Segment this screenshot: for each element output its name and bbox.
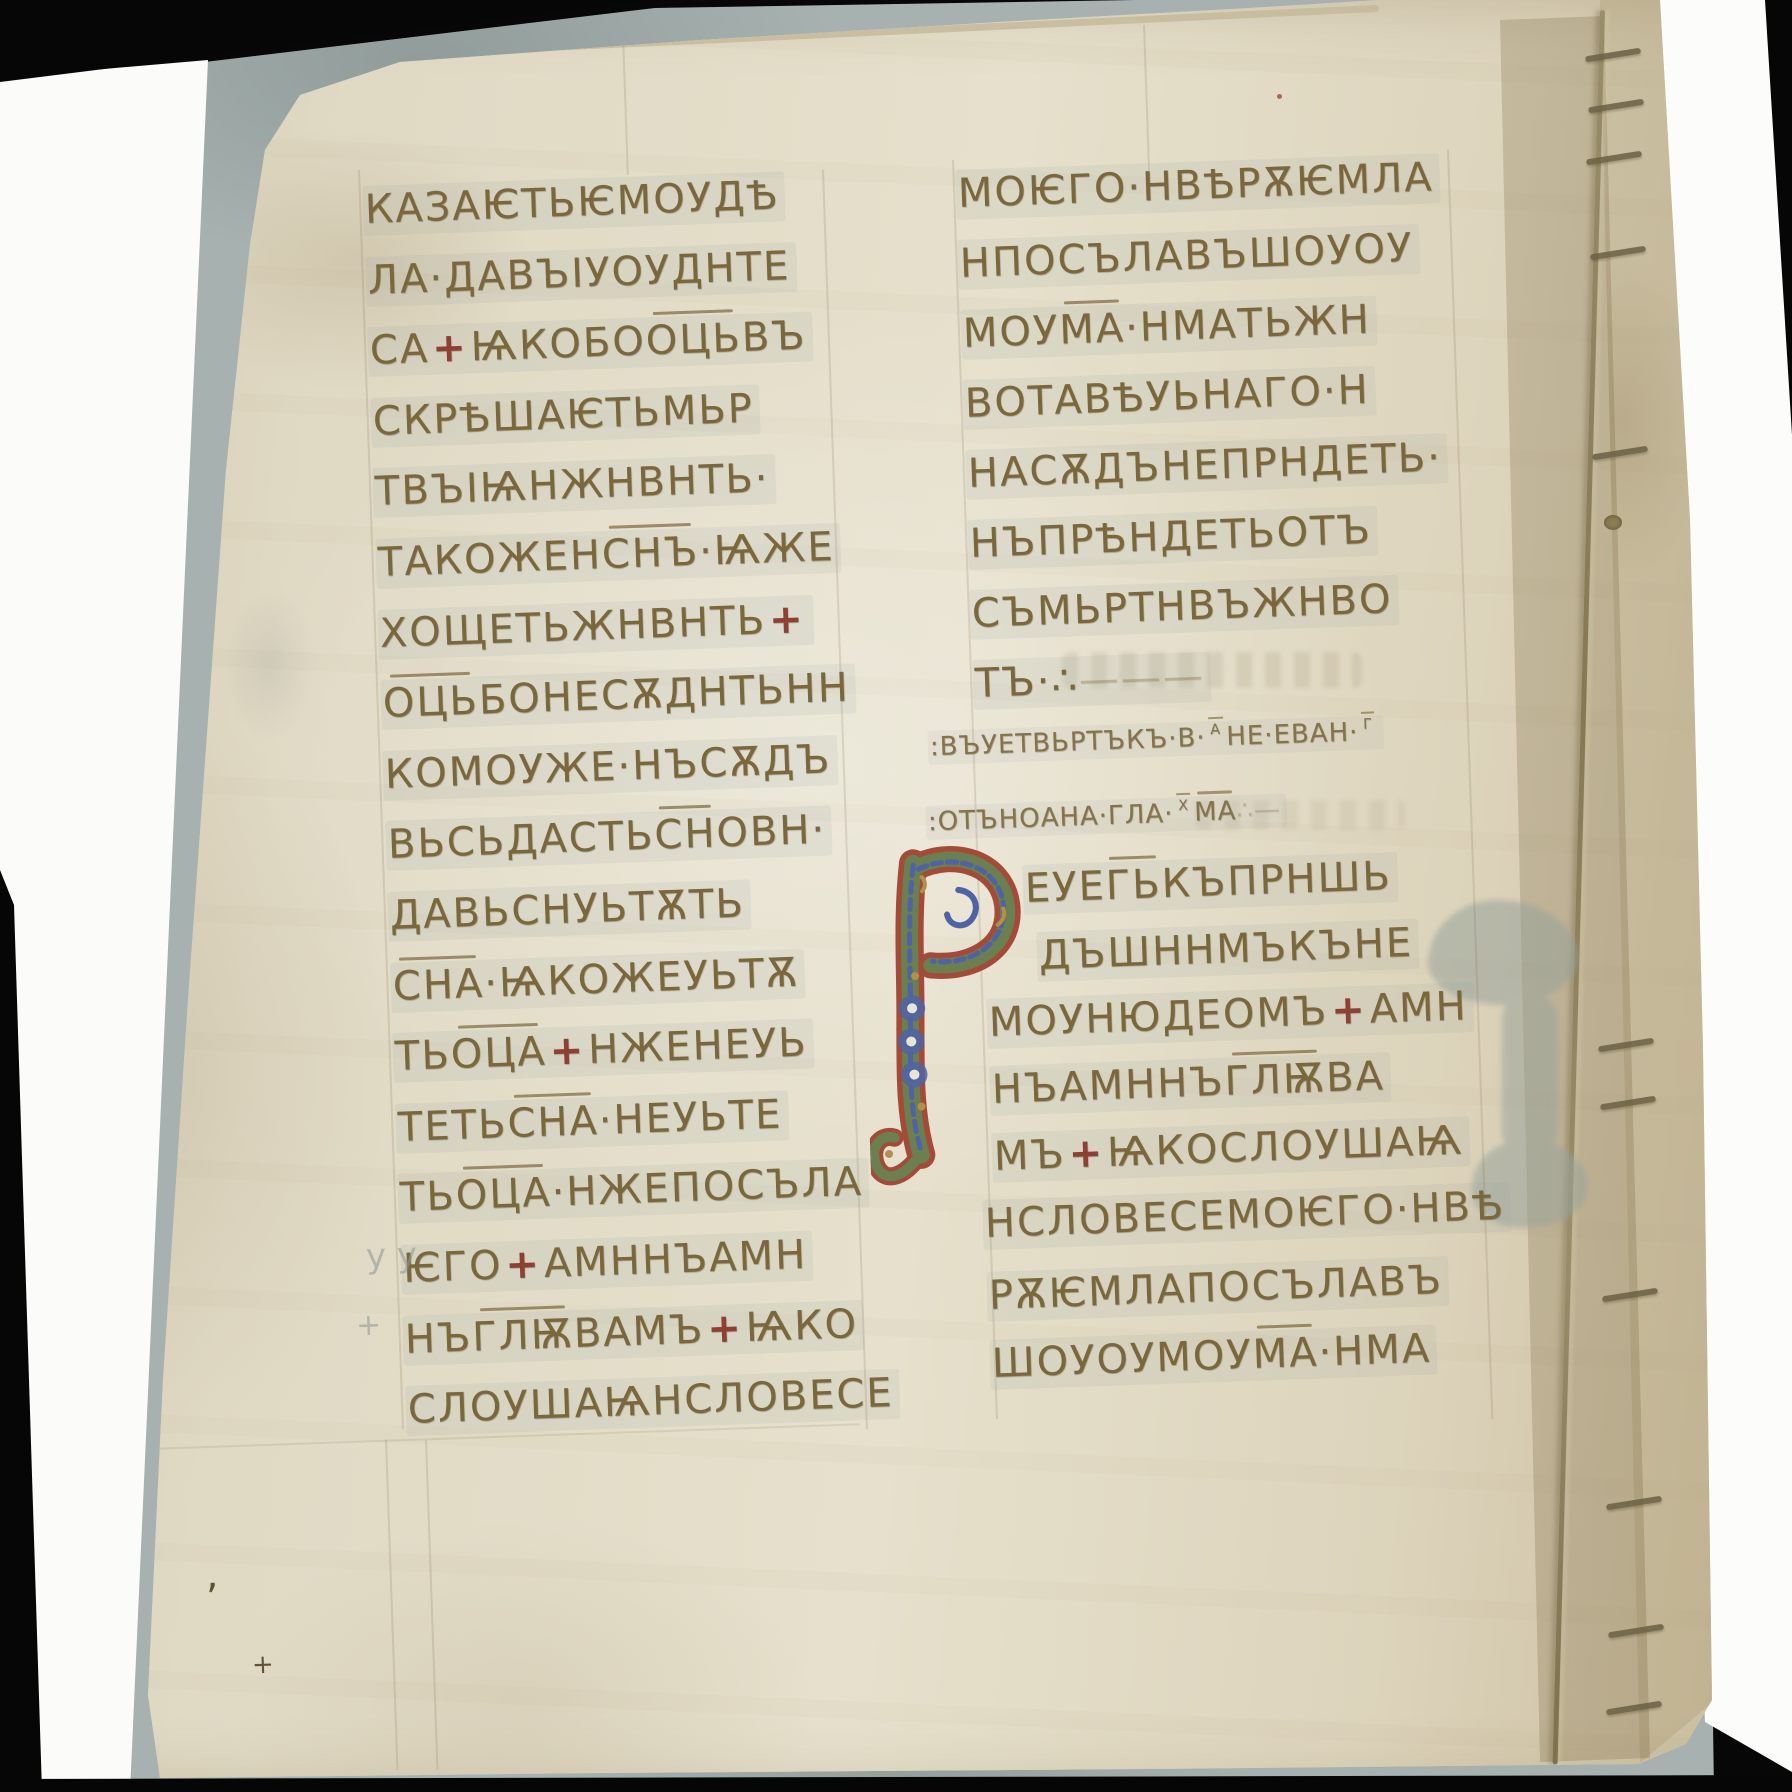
text-segment: МА	[1058, 305, 1125, 353]
text-segment: ШОУОУМОУ	[991, 1332, 1253, 1387]
text-segment: +	[1065, 1130, 1108, 1177]
text-segment: ∴—	[1236, 795, 1282, 827]
text-segment: ·НМАТЬЖН	[1124, 297, 1371, 352]
text-segment: А	[1210, 722, 1221, 738]
text-segment: СНА	[392, 960, 485, 1009]
manuscript-photo: КАЗАѤТЬѤМОУДѢЛА·ДАВЪІУОУДНТЕСА+ѨКОБООЦЬВ…	[0, 0, 1792, 1792]
text-segment: АМННЪАМН	[543, 1232, 808, 1287]
text-segment: +	[765, 596, 808, 643]
text-segment: ОЦА	[450, 1029, 547, 1078]
text-segment: ВЬСЬДАСТЬ	[387, 813, 655, 868]
text-segment: :ВЪУЕТВЬРТЪКЪ·В·	[929, 723, 1206, 763]
text-segment: МА	[1252, 1330, 1319, 1378]
text-segment: НЖЕНЕУЬ	[587, 1020, 808, 1074]
right-column-upper-line-8: ТЪ·∴———	[972, 652, 1212, 710]
text-segment: НЪ	[404, 1314, 473, 1362]
text-segment: ·НМА	[1318, 1326, 1432, 1376]
text-segment: ОЦЬ	[382, 678, 480, 727]
margin-mark-4: +	[355, 1308, 381, 1344]
text-segment: ТЬ	[394, 1032, 451, 1080]
text-segment: ѨКОБО	[470, 318, 647, 370]
text-segment: +	[1327, 987, 1370, 1034]
text-segment: ОЦА	[455, 1170, 552, 1219]
text-segment: НЪАМННЪ	[991, 1059, 1225, 1113]
text-segment: ВАМЪ	[573, 1306, 705, 1357]
text-segment: ГЛѬ	[472, 1311, 575, 1361]
text-segment: +	[428, 325, 471, 372]
text-segment: ОЦЬ	[645, 315, 743, 364]
text-segment: ТЪ·∴	[974, 657, 1079, 707]
text-segment: МЪ	[993, 1131, 1066, 1179]
text-segment: ———	[1078, 653, 1206, 703]
gray-streak-stain	[225, 590, 315, 740]
text-segment: БОНЕСѪДНТЬНН	[478, 665, 850, 724]
text-segment: Х	[1178, 798, 1189, 814]
text-segment: ГЛѬ	[1224, 1055, 1327, 1105]
text-segment: СНА	[506, 1098, 599, 1147]
text-segment: ѨКО	[745, 1301, 859, 1351]
text-segment: СА	[369, 326, 430, 374]
text-segment: СНЪ	[601, 529, 700, 578]
stain-stem	[1502, 995, 1558, 1155]
text-segment: +	[704, 1305, 747, 1352]
text-segment: +	[501, 1241, 544, 1288]
text-segment: ДАВЬСНУЬТѪТЬ	[389, 881, 746, 939]
stitch-knot	[1604, 515, 1622, 530]
text-segment: ·НЕУЬТЕ	[598, 1091, 783, 1143]
text-segment: ОВН·	[715, 807, 826, 857]
text-segment: МА	[1194, 797, 1237, 828]
text-segment: +	[546, 1027, 589, 1074]
text-segment: ВЪ	[741, 313, 807, 361]
text-segment: ·ѨЖЕ	[698, 524, 835, 575]
text-segment: ѨКОСЛОУШАѨ	[1106, 1118, 1464, 1176]
parchment-page: КАЗАѤТЬѤМОУДѢЛА·ДАВЪІУОУДНТЕСА+ѨКОБООЦЬВ…	[0, 0, 1792, 1792]
text-segment: ·ѨКОЖЕУЬТѪ	[483, 949, 799, 1006]
margin-mark-2: +	[251, 1650, 274, 1681]
text-segment: ГЬ	[1105, 861, 1162, 909]
margin-mark-3: у у	[365, 1235, 417, 1277]
text-segment: ТЕТЬ	[397, 1101, 508, 1151]
text-segment: ·НЖЕПОСЪЛА	[551, 1159, 864, 1216]
text-segment: КЪПРНШЬ	[1161, 853, 1393, 907]
text-segment: :ОТЪНОАНА·ГЛА·	[927, 799, 1174, 838]
text-segment: АМН	[1369, 983, 1468, 1032]
text-segment: ТАКОЖЕН	[377, 532, 603, 586]
text-segment: ЕУЕ	[1024, 863, 1106, 912]
text-segment: ТЬ	[399, 1173, 456, 1221]
text-segment: НЕ·ЕВАН·	[1226, 717, 1359, 752]
text-segment: МОУ	[962, 308, 1060, 357]
text-segment: ВА	[1325, 1053, 1385, 1101]
text-segment: СН	[653, 811, 717, 859]
show-through-initial-stain	[1428, 900, 1588, 1230]
text-segment: Г	[1363, 716, 1373, 732]
text-segment: МОУНЮДЕОМЪ	[988, 988, 1329, 1046]
margin-mark-1: ʼ	[205, 1576, 219, 1622]
red-speck	[1277, 94, 1282, 99]
